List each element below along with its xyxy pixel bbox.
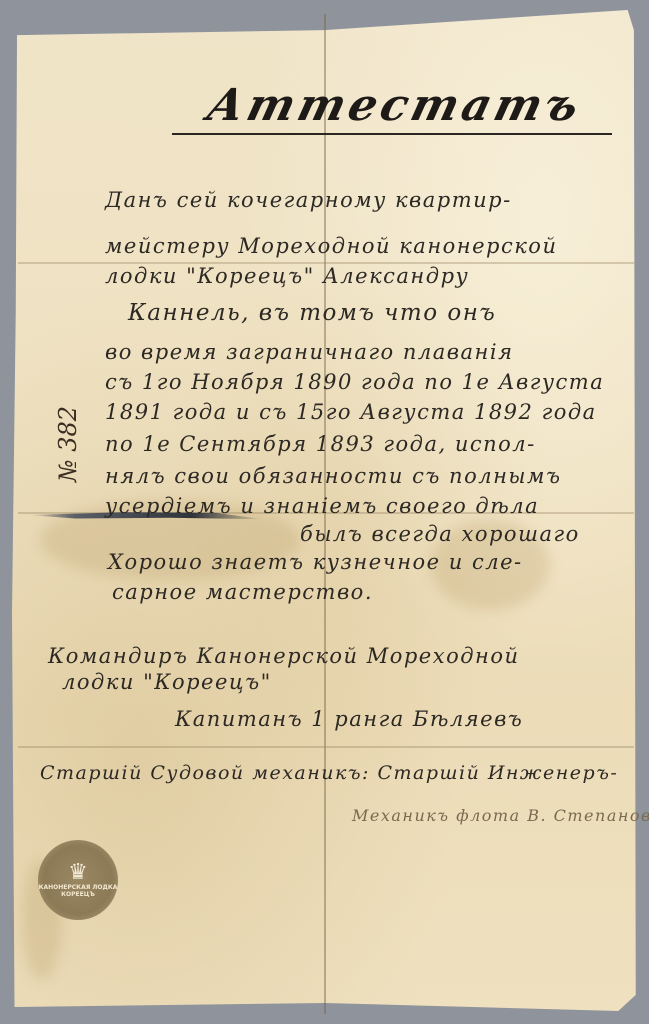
ship-seal: ♛ КАНОНЕРСКАЯ ЛОДКА КОРЕЕЦЪ — [38, 840, 118, 920]
body-line: Данъ сей кочегарному квартир- — [105, 188, 512, 212]
body-line: мейстеру Мореходной канонерской — [105, 234, 557, 258]
engineer-signature-title: Старшій Судовой механикъ: Старшій Инжене… — [40, 762, 618, 784]
commander-signature-rank: Капитанъ 1 ранга Бѣляевъ — [175, 707, 523, 731]
body-line: нялъ свои обязанности съ полнымъ — [105, 464, 561, 488]
seal-text: КОРЕЕЦЪ — [61, 891, 95, 898]
body-line: по 1е Сентября 1893 года, испол- — [105, 432, 536, 456]
document-title: Аттестатъ — [169, 80, 622, 131]
body-line: усердіемъ и знаніемъ своего дѣла — [105, 494, 539, 518]
body-line: Каннель, въ томъ что онъ — [128, 300, 496, 326]
horizontal-fold-line — [18, 746, 634, 748]
engineer-signature-name: Механикъ флота В. Степановъ — [352, 806, 649, 825]
commander-signature-vessel: лодки "Кореецъ" — [62, 670, 272, 694]
body-line: 1891 года и съ 15го Августа 1892 года — [105, 400, 597, 424]
title-underline — [172, 133, 612, 135]
body-line: былъ всегда хорошаго — [300, 522, 580, 546]
double-headed-eagle-icon: ♛ — [68, 862, 88, 884]
registration-number: № 382 — [54, 406, 82, 482]
commander-signature-title: Командиръ Канонерской Мореходной — [48, 644, 520, 668]
body-line: во время заграничнаго плаванія — [105, 340, 514, 364]
body-line: Хорошо знаетъ кузнечное и сле- — [108, 550, 523, 574]
body-line: съ 1го Ноября 1890 года по 1е Августа — [105, 370, 604, 394]
body-line: сарное мастерство. — [112, 580, 373, 604]
body-line: лодки "Кореецъ" Александру — [105, 264, 469, 288]
seal-text: КАНОНЕРСКАЯ ЛОДКА — [39, 884, 118, 891]
